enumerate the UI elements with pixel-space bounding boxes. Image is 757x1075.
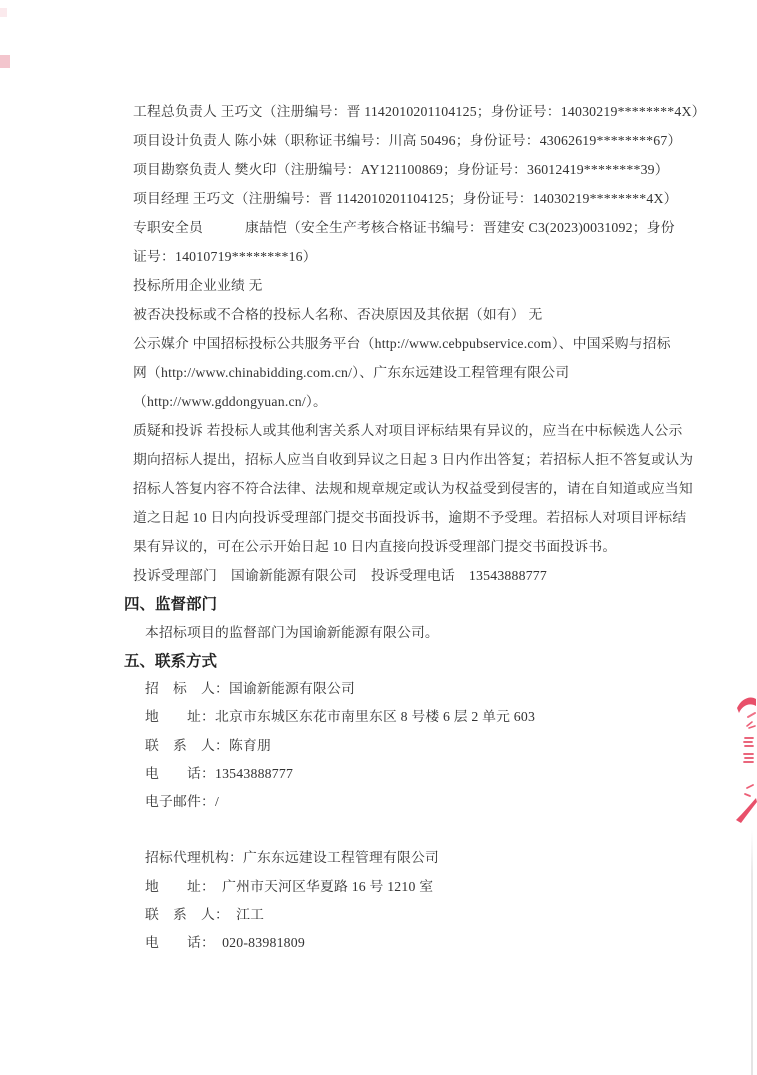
section5-heading: 五、联系方式 [124,648,663,675]
document-body: 工程总负责人 王巧文（注册编号：晋 1142010201104125；身份证号：… [133,97,663,958]
tenderer-name-line: 招 标 人：国谕新能源有限公司 [145,675,663,703]
statement-complaint-department: 投诉受理部门 国谕新能源有限公司 投诉受理电话 13543888777 [133,561,663,590]
tenderer-email-line: 电子邮件：/ [145,788,663,816]
left-edge-smudge [0,55,10,68]
tenderer-phone-line: 电 话：13543888777 [145,760,663,788]
agency-name-line: 招标代理机构：广东东远建设工程管理有限公司 [145,844,663,872]
statement-publicity-media-3: （http://www.gddongyuan.cn/）。 [133,387,663,416]
personnel-line-safety-officer: 专职安全员 康喆恺（安全生产考核合格证书编号：晋建安 C3(2023)00310… [133,213,663,242]
left-edge-smudge-top [0,8,7,17]
statement-objection-1: 质疑和投诉 若投标人或其他利害关系人对项目评标结果有异议的，应当在中标候选人公示 [133,416,663,445]
scan-edge-line [751,830,753,1075]
agency-address-line: 地 址： 广州市天河区华夏路 16 号 1210 室 [145,873,663,901]
tenderer-contact-line: 联 系 人：陈育朋 [145,732,663,760]
statement-objection-4: 道之日起 10 日内向投诉受理部门提交书面投诉书，逾期不予受理。若招标人对项目评… [133,503,663,532]
red-pen-annotation-fragments [731,690,757,830]
statement-publicity-media-2: 网（http://www.chinabidding.com.cn/）、广东东远建… [133,358,663,387]
document-page: 工程总负责人 王巧文（注册编号：晋 1142010201104125；身份证号：… [0,0,757,1075]
personnel-line-survey-lead: 项目勘察负责人 樊火印（注册编号：AY121100869；身份证号：360124… [133,155,663,184]
agency-contact-line: 联 系 人： 江工 [145,901,663,929]
personnel-line-project-manager: 项目经理 王巧文（注册编号：晋 1142010201104125；身份证号：14… [133,184,663,213]
red-pen-strokes-icon [731,690,757,830]
personnel-line-design-lead: 项目设计负责人 陈小妹（职称证书编号：川高 50496；身份证号：4306261… [133,126,663,155]
personnel-line-chief-engineer: 工程总负责人 王巧文（注册编号：晋 1142010201104125；身份证号：… [133,97,663,126]
statement-enterprise-performance: 投标所用企业业绩 无 [133,271,663,300]
statement-objection-5: 果有异议的，可在公示开始日起 10 日内直接向投诉受理部门提交书面投诉书。 [133,532,663,561]
agency-phone-line: 电 话： 020-83981809 [145,929,663,957]
statement-objection-2: 期向招标人提出，招标人应当自收到异议之日起 3 日内作出答复；若招标人拒不答复或… [133,445,663,474]
tenderer-address-line: 地 址：北京市东城区东花市南里东区 8 号楼 6 层 2 单元 603 [145,703,663,731]
statement-rejected-bidders: 被否决投标或不合格的投标人名称、否决原因及其依据（如有） 无 [133,300,663,329]
personnel-line-safety-officer-wrap: 证号：14010719********16） [133,242,663,271]
statement-objection-3: 招标人答复内容不符合法律、法规和规章规定或认为权益受到侵害的，请在自知道或应当知 [133,474,663,503]
statement-publicity-media-1: 公示媒介 中国招标投标公共服务平台（http://www.cebpubservi… [133,329,663,358]
section4-body: 本招标项目的监督部门为国谕新能源有限公司。 [133,618,663,647]
section4-heading: 四、监督部门 [124,591,663,618]
